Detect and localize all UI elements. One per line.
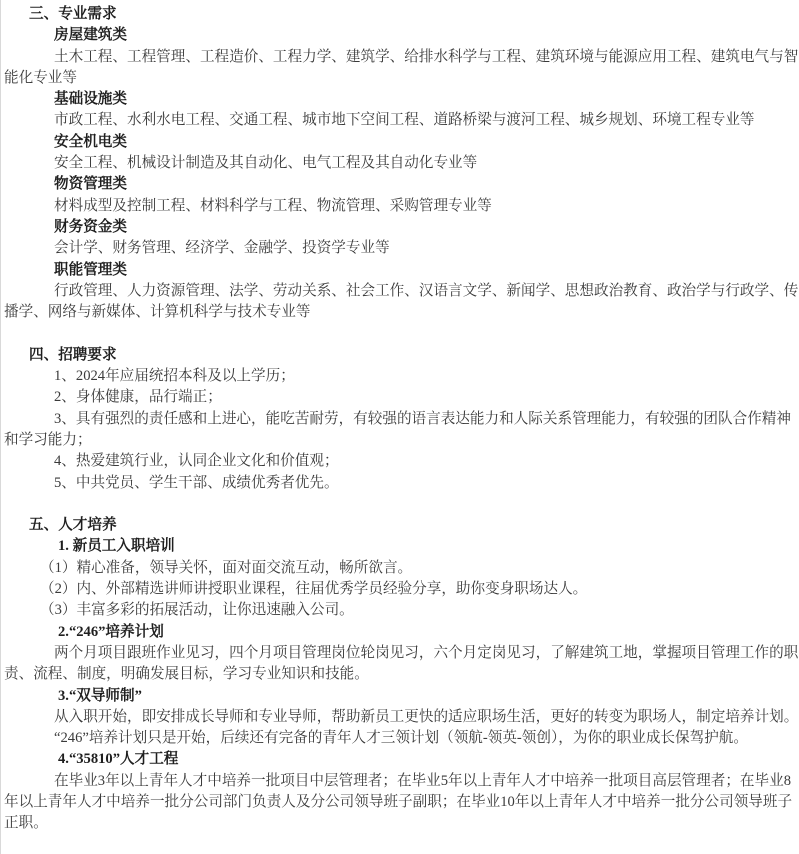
category-title-materials-management: 物资管理类 (4, 174, 799, 195)
section-major-requirements: 三、专业需求 房屋建筑类 土木工程、工程管理、工程造价、工程力学、建筑学、给排水… (4, 4, 799, 323)
category-title-finance-funds: 财务资金类 (4, 217, 799, 238)
requirement-item-4: 4、热爱建筑行业，认同企业文化和价值观； (4, 451, 799, 472)
onboarding-training-point-3: （3）丰富多彩的拓展活动，让你迅速融入公司。 (4, 600, 799, 621)
35810-talent-project-paragraph: 在毕业3年以上青年人才中培养一批项目中层管理者；在毕业5年以上青年人才中培养一批… (4, 771, 799, 835)
category-majors-housing-construction: 土木工程、工程管理、工程造价、工程力学、建筑学、给排水科学与工程、建筑环境与能源… (4, 47, 799, 90)
category-title-safety-electromechanical: 安全机电类 (4, 132, 799, 153)
requirement-item-5: 5、中共党员、学生干部、成绩优秀者优先。 (4, 473, 799, 494)
document-page: 三、专业需求 房屋建筑类 土木工程、工程管理、工程造价、工程力学、建筑学、给排水… (0, 0, 799, 854)
category-majors-materials-management: 材料成型及控制工程、材料科学与工程、物流管理、采购管理专业等 (4, 196, 799, 217)
category-majors-functional-management: 行政管理、人力资源管理、法学、劳动关系、社会工作、汉语言文学、新闻学、思想政治教… (4, 281, 799, 324)
onboarding-training-point-2: （2）内、外部精选讲师讲授职业课程，往届优秀学员经验分享，助你变身职场达人。 (4, 579, 799, 600)
subsection-title-35810-talent-project: 4.“35810”人才工程 (4, 749, 799, 770)
category-title-functional-management: 职能管理类 (4, 260, 799, 281)
dual-mentor-paragraph-1: 从入职开始，即安排成长导师和专业导师，帮助新员工更快的适应职场生活，更好的转变为… (4, 707, 799, 728)
requirement-item-3: 3、具有强烈的责任感和上进心，能吃苦耐劳，有较强的语言表达能力和人际关系管理能力… (4, 409, 799, 452)
section-heading-recruitment-requirements: 四、招聘要求 (4, 345, 799, 366)
category-majors-finance-funds: 会计学、财务管理、经济学、金融学、投资学专业等 (4, 238, 799, 259)
section-talent-development: 五、人才培养 1. 新员工入职培训 （1）精心准备，领导关怀，面对面交流互动，畅… (4, 515, 799, 834)
section-heading-talent-development: 五、人才培养 (4, 515, 799, 536)
section-recruitment-requirements: 四、招聘要求 1、2024年应届统招本科及以上学历； 2、身体健康，品行端正； … (4, 345, 799, 494)
category-title-housing-construction: 房屋建筑类 (4, 25, 799, 46)
category-title-infrastructure: 基础设施类 (4, 89, 799, 110)
subsection-title-246-program: 2.“246”培养计划 (4, 622, 799, 643)
requirement-item-2: 2、身体健康，品行端正； (4, 387, 799, 408)
requirement-item-1: 1、2024年应届统招本科及以上学历； (4, 366, 799, 387)
onboarding-training-point-1: （1）精心准备，领导关怀，面对面交流互动，畅所欲言。 (4, 558, 799, 579)
subsection-title-onboarding-training: 1. 新员工入职培训 (4, 536, 799, 557)
category-majors-infrastructure: 市政工程、水利水电工程、交通工程、城市地下空间工程、道路桥梁与渡河工程、城乡规划… (4, 110, 799, 131)
246-program-paragraph: 两个月项目跟班作业见习，四个月项目管理岗位轮岗见习，六个月定岗见习，了解建筑工地… (4, 643, 799, 686)
dual-mentor-paragraph-2: “246”培养计划只是开始，后续还有完备的青年人才三领计划（领航-领英-领创），… (4, 728, 799, 749)
section-heading-major-requirements: 三、专业需求 (4, 4, 799, 25)
subsection-title-dual-mentor-system: 3.“双导师制” (4, 686, 799, 707)
category-majors-safety-electromechanical: 安全工程、机械设计制造及其自动化、电气工程及其自动化专业等 (4, 153, 799, 174)
